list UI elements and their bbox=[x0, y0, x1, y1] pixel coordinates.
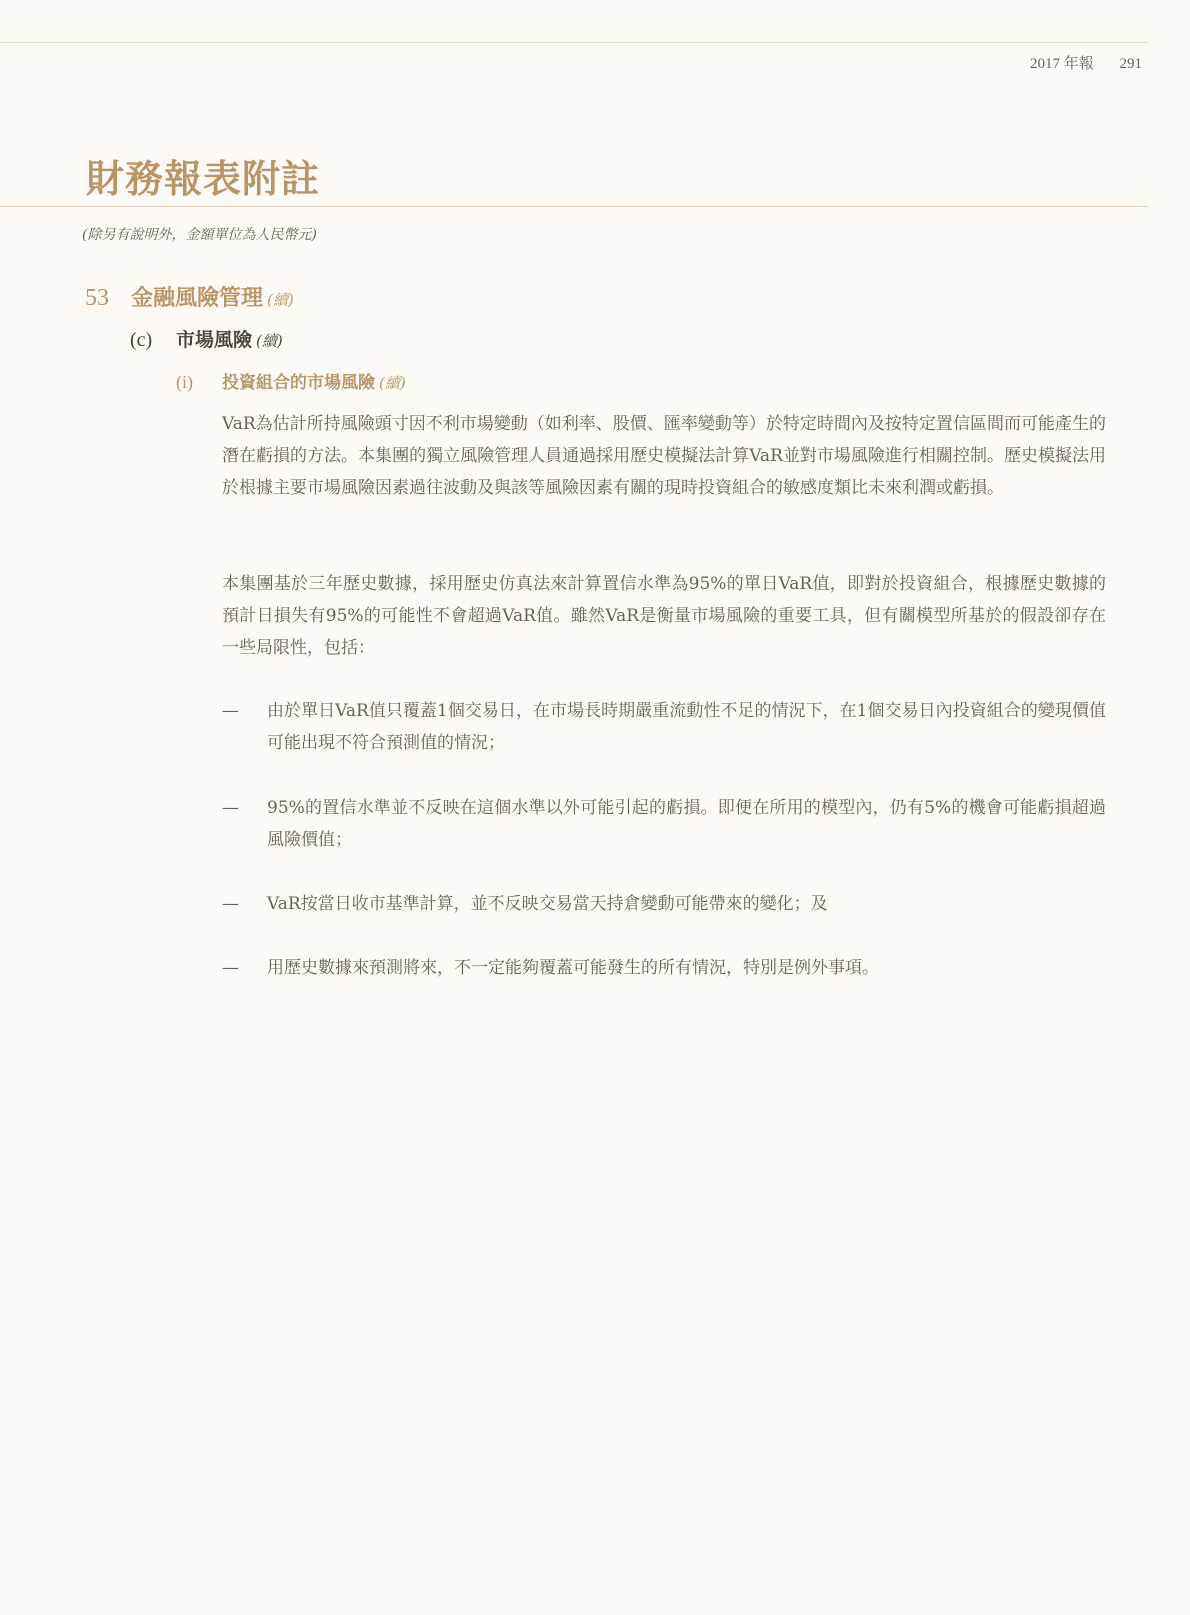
section-title: 金融風險管理 bbox=[131, 285, 263, 311]
list-item: — 由於單日VaR值只覆蓋1個交易日，在市場長時期嚴重流動性不足的情況下，在1個… bbox=[222, 695, 1106, 759]
section-heading: 53金融風險管理(續) bbox=[85, 281, 294, 312]
dash-bullet-icon: — bbox=[222, 695, 252, 727]
page-header: 2017 年報 291 bbox=[1030, 52, 1142, 73]
list-item: — 用歷史數據來預測將來，不一定能夠覆蓋可能發生的所有情況，特別是例外事項。 bbox=[222, 952, 1106, 984]
list-item-text: VaR按當日收市基準計算，並不反映交易當天持倉變動可能帶來的變化；及 bbox=[267, 888, 1106, 920]
continued-label: (續) bbox=[256, 332, 283, 350]
section-number: 53 bbox=[85, 285, 131, 312]
paragraph-var-definition: VaR為估計所持風險頭寸因不利市場變動（如利率、股價、匯率變動等）於特定時間內及… bbox=[222, 408, 1106, 504]
item-heading: (i)投資組合的市場風險(續) bbox=[176, 368, 406, 393]
subsection-number: (c) bbox=[130, 329, 176, 352]
dash-bullet-icon: — bbox=[222, 888, 252, 920]
top-rule bbox=[0, 42, 1148, 43]
list-item-text: 由於單日VaR值只覆蓋1個交易日，在市場長時期嚴重流動性不足的情況下，在1個交易… bbox=[267, 695, 1106, 759]
page-number: 291 bbox=[1120, 56, 1143, 72]
page-title: 財務報表附註 bbox=[86, 148, 320, 203]
item-number: (i) bbox=[176, 372, 222, 393]
currency-note: (除另有說明外，金額單位為人民幣元) bbox=[82, 224, 317, 244]
item-title: 投資組合的市場風險 bbox=[222, 373, 375, 393]
paragraph-var-methodology: 本集團基於三年歷史數據，採用歷史仿真法來計算置信水準為95%的單日VaR值，即對… bbox=[222, 568, 1106, 664]
report-label: 2017 年報 bbox=[1030, 56, 1094, 72]
subsection-title: 市場風險 bbox=[176, 329, 252, 351]
continued-label: (續) bbox=[267, 291, 294, 309]
list-item-text: 95%的置信水準並不反映在這個水準以外可能引起的虧損。即便在所用的模型內，仍有5… bbox=[267, 792, 1106, 856]
dash-bullet-icon: — bbox=[222, 792, 252, 824]
title-rule bbox=[0, 206, 1148, 207]
list-item: — VaR按當日收市基準計算，並不反映交易當天持倉變動可能帶來的變化；及 bbox=[222, 888, 1106, 920]
list-item: — 95%的置信水準並不反映在這個水準以外可能引起的虧損。即便在所用的模型內，仍… bbox=[222, 792, 1106, 856]
list-item-text: 用歷史數據來預測將來，不一定能夠覆蓋可能發生的所有情況，特別是例外事項。 bbox=[267, 952, 1106, 984]
continued-label: (續) bbox=[379, 374, 406, 392]
subsection-heading: (c)市場風險(續) bbox=[130, 325, 283, 352]
dash-bullet-icon: — bbox=[222, 952, 252, 984]
